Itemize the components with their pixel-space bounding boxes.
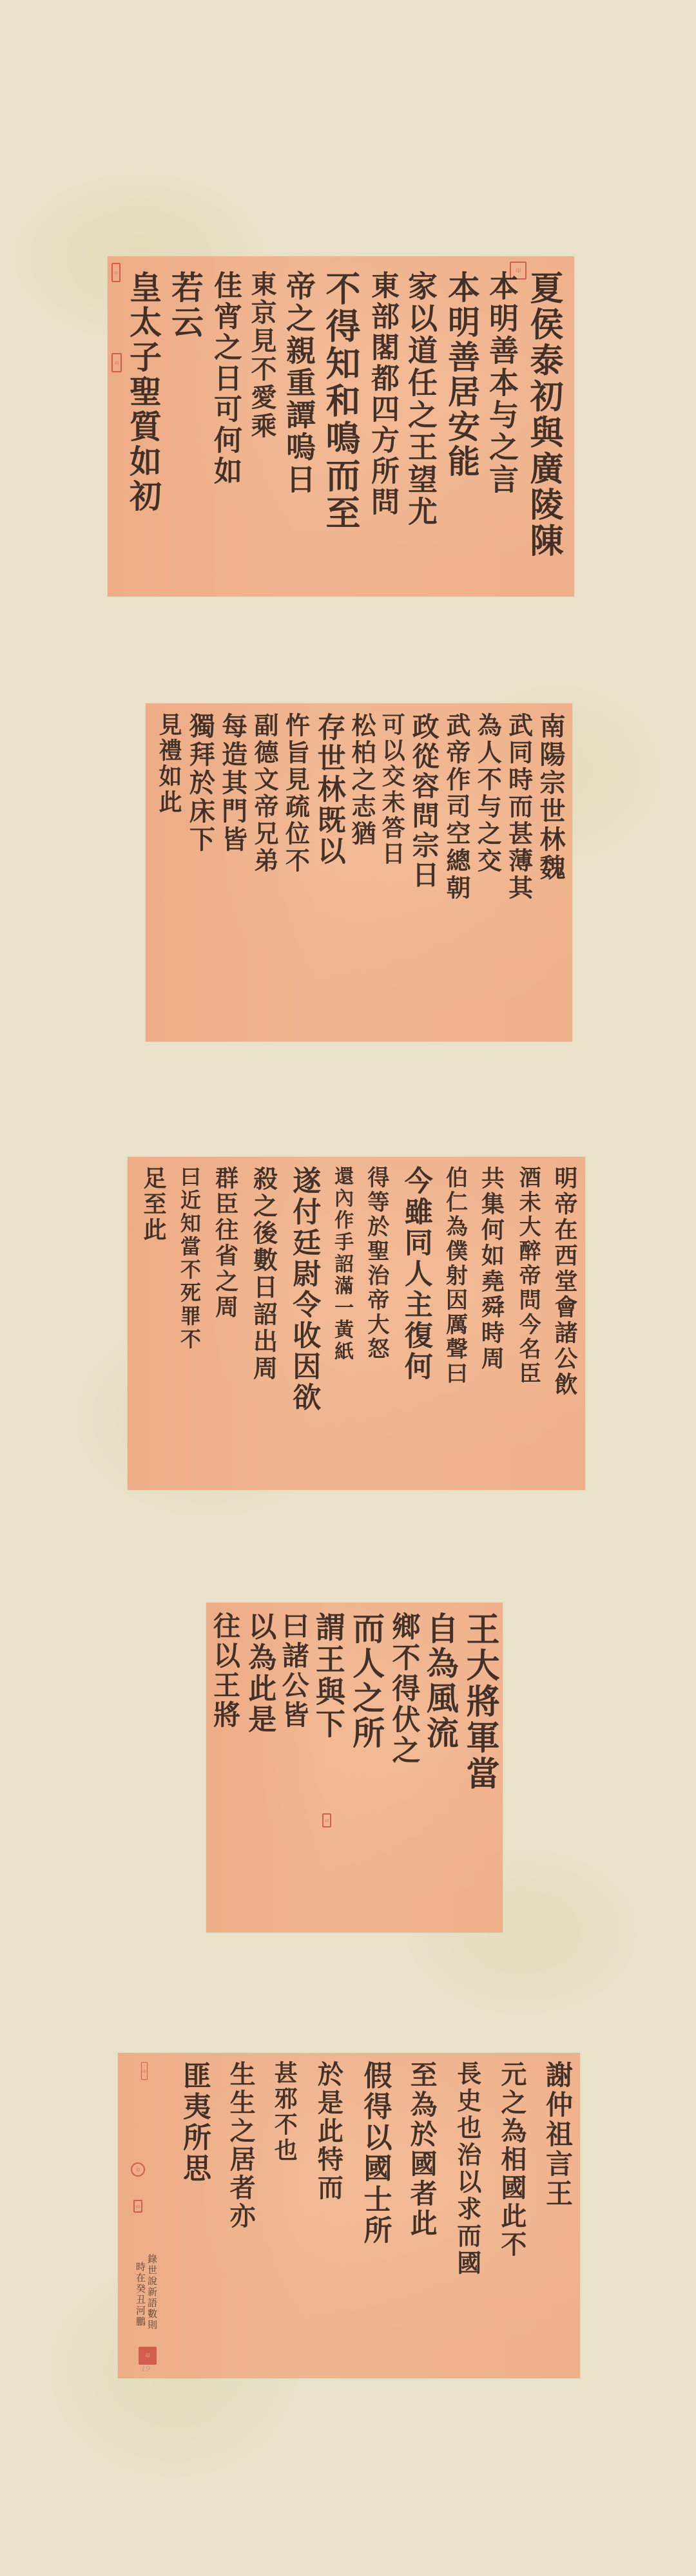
calligraphy-column: 家以道任之王望尤 <box>406 271 436 590</box>
seal-left-mid: 印 <box>131 2162 145 2177</box>
calligraphy-column: 東京見不愛乘 <box>249 271 275 590</box>
calligraphy-column: 今雖同人主復何 <box>401 1166 430 1484</box>
calligraphy-column: 皇太子聖質如初 <box>127 271 159 590</box>
page-number: 19 <box>141 2365 150 2373</box>
artist-seal: 印 <box>139 2347 157 2365</box>
calligraphy-column: 生生之居者亦 <box>227 2061 253 2369</box>
calligraphy-column: 群臣往省之周 <box>214 1166 237 1484</box>
calligraphy-column: 帝之親重譚嗚日 <box>284 271 314 590</box>
colophon-line-2: 時在癸丑河鵬 <box>135 2262 146 2327</box>
calligraphy-column: 得等於聖治帝大怒 <box>365 1166 387 1484</box>
calligraphy-column: 佳宵之日可何如 <box>211 271 239 590</box>
calligraphy-column: 政從容問宗日 <box>411 712 438 1035</box>
calligraphy-column: 本明善居安能 <box>445 271 478 590</box>
calligraphy-column: 遂付廷尉令收因欲 <box>289 1166 318 1484</box>
calligraphy-column: 足至此 <box>142 1166 165 1484</box>
calligraphy-column: 假得以國士所 <box>361 2061 389 2369</box>
calligraphy-column: 不得知和鳴而至 <box>324 271 358 590</box>
calligraphy-column: 存世林既以 <box>314 712 343 1035</box>
calligraphy-column: 見禮如此 <box>157 712 180 1035</box>
calligraphy-column: 為人不与之交 <box>475 712 499 1035</box>
seal-left-top: 印 <box>141 2062 148 2080</box>
calligraphy-column: 可以交未答日 <box>380 712 403 1035</box>
calligraphy-column: 王大將軍當 <box>463 1612 496 1926</box>
calligraphy-column: 夏侯泰初與廣陵陳 <box>527 271 560 590</box>
calligraphy-column: 獨拜於床下 <box>187 712 213 1035</box>
calligraphy-panel-5: 印 印 印 印 錄世說新語數則 時在癸丑河鵬 19 謝仲祖言王 元之為相國此不 … <box>118 2053 580 2378</box>
calligraphy-column: 謂王與下 <box>314 1612 343 1926</box>
calligraphy-panel-1: 印 印 印 夏侯泰初與廣陵陳 本明善本与之言 本明善居安能 家以道任之王望尤 東… <box>108 256 574 596</box>
calligraphy-column: 元之為相國此不 <box>499 2061 525 2369</box>
calligraphy-column: 若云 <box>169 271 201 590</box>
calligraphy-column: 於是此特而 <box>315 2061 341 2369</box>
seal-left-low: 印 <box>133 2200 142 2213</box>
calligraphy-column: 南陽宗世林魏 <box>537 712 563 1035</box>
calligraphy-column: 而人之所 <box>350 1612 382 1926</box>
calligraphy-panel-2: 南陽宗世林魏 武同時而甚薄其 為人不与之交 武帝作司空總朝 政從容問宗日 可以交… <box>146 703 572 1042</box>
calligraphy-column: 共集何如堯舜時周 <box>479 1166 503 1484</box>
calligraphy-column: 忤旨見疏位不 <box>283 712 307 1035</box>
calligraphy-column: 伯仁為僕射因厲聲曰 <box>444 1166 466 1484</box>
calligraphy-column: 本明善本与之言 <box>487 271 517 590</box>
calligraphy-column: 還內作手詔滿一黃紙 <box>332 1166 351 1484</box>
calligraphy-column: 曰近知當不死罪不 <box>179 1166 200 1484</box>
calligraphy-column: 鄉不得伏之 <box>389 1612 417 1926</box>
calligraphy-column: 每造其門皆 <box>220 712 246 1035</box>
calligraphy-panel-3: 明帝在西堂會諸公飲 酒未大醉帝問今名臣 共集何如堯舜時周 伯仁為僕射因厲聲曰 今… <box>128 1157 585 1490</box>
colophon-line-1: 錄世說新語數則 <box>146 2254 158 2331</box>
calligraphy-column: 甚邪不也 <box>273 2061 296 2369</box>
calligraphy-column: 曰諸公皆 <box>280 1612 307 1926</box>
calligraphy-column: 長史也治以求而國 <box>455 2061 479 2369</box>
calligraphy-column: 副德文帝兄弟 <box>252 712 276 1035</box>
calligraphy-column: 酒未大醉帝問今名臣 <box>517 1166 539 1484</box>
calligraphy-column: 往以王將 <box>211 1612 238 1926</box>
calligraphy-column: 殺之後數日詔出周 <box>251 1166 275 1484</box>
calligraphy-panel-4: 印 王大將軍當 自為風流 鄉不得伏之 而人之所 謂王與下 曰諸公皆 以為此是 往… <box>206 1603 503 1932</box>
calligraphy-column: 明帝在西堂會諸公飲 <box>553 1166 576 1484</box>
calligraphy-column: 以為此是 <box>245 1612 273 1926</box>
calligraphy-column: 武帝作司空總朝 <box>444 712 469 1035</box>
calligraphy-column: 松柏之志猶 <box>349 712 374 1035</box>
calligraphy-column: 謝仲祖言王 <box>544 2061 571 2369</box>
calligraphy-column: 至為於國者此 <box>409 2061 436 2369</box>
seal-left-top: 印 <box>111 263 121 282</box>
calligraphy-column: 武同時而甚薄其 <box>507 712 531 1035</box>
calligraphy-column: 匪夷所思 <box>180 2061 208 2369</box>
seal-left-mid: 印 <box>111 353 122 372</box>
calligraphy-column: 自為風流 <box>424 1612 456 1926</box>
calligraphy-column: 東部閣都四方所問 <box>368 271 396 590</box>
